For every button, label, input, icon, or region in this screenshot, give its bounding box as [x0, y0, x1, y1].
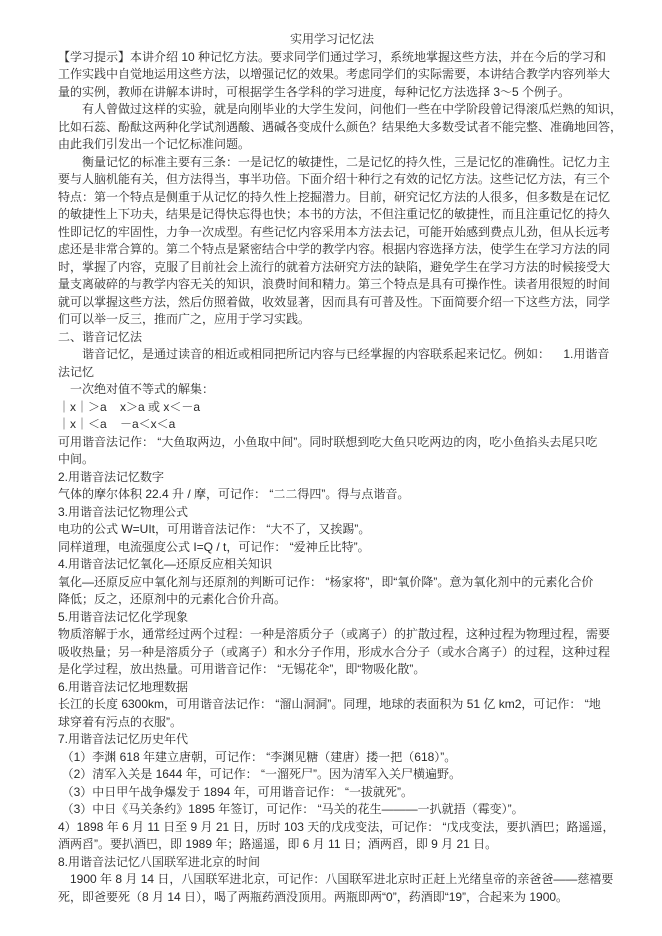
text-line: ｜x｜＜a －a＜x＜a: [58, 416, 606, 434]
document-page: 实用学习记忆法 【学习提示】本讲介绍 10 种记忆方法。要求同学们通过学习，系统…: [0, 0, 662, 936]
text-line: 二、谐音记忆法: [58, 329, 606, 347]
text-line: 物质溶解于水，通常经过两个过程：一种是溶质分子（或离子）的扩散过程，这种过程为物…: [58, 626, 606, 644]
text-line: （3）中日《马关条约》1895 年签订，可记作： “马关的花生———一扒就捂（霉…: [58, 801, 606, 819]
text-line: 可用谐音法记作： “大鱼取两边，小鱼取中间”。同时联想到吃大鱼只吃两边的肉，吃小…: [58, 434, 606, 452]
text-line: 时，掌握了内容，克服了目前社会上流行的就着方法研究方法的缺陷，避免学生在学习方法…: [58, 259, 606, 277]
text-line: 中间。: [58, 451, 606, 469]
text-line: 2.用谐音法记忆数字: [58, 469, 606, 487]
text-line: 1900 年 8 月 14 日，八国联军进北京，可记作：八国联军进北京时正赶上光…: [58, 871, 606, 889]
text-line: 7.用谐音法记忆历史年代: [58, 731, 606, 749]
text-line: 氧化—还原反应中氧化剂与还原剂的判断可记作： “杨家将”，即“氧价降”。意为氧化…: [58, 574, 606, 592]
text-line: 4.用谐音法记忆氧化—还原反应相关知识: [58, 556, 606, 574]
text-line: 气体的摩尔体积 22.4 升 / 摩，可记作： “二二得四”。得与点谐音。: [58, 486, 606, 504]
text-line: 酒两舀”。要扒酒巴，即 1989 年；路遥遥，即 6 月 11 日；酒两舀，即 …: [58, 836, 606, 854]
text-line: （1）李渊 618 年建立唐朝，可记作： “李渊见糖（建唐）搂一把（618）”。: [58, 749, 606, 767]
text-line: ｜x｜＞a x＞a 或 x＜－a: [58, 399, 606, 417]
text-line: 球穿着有污点的衣服”。: [58, 714, 606, 732]
text-line: （3）中日甲午战争爆发于 1894 年，可用谐音记作： “一拔就死”。: [58, 784, 606, 802]
text-line: 8.用谐音法记忆八国联军进北京的时间: [58, 854, 606, 872]
text-line: 有人曾做过这样的实验，就是向刚毕业的大学生发问，问他们一些在中学阶段曾记得滚瓜烂…: [58, 101, 606, 119]
document-body: 实用学习记忆法 【学习提示】本讲介绍 10 种记忆方法。要求同学们通过学习，系统…: [58, 31, 606, 906]
text-line: 由此我们引发出一个记忆标准问题。: [58, 136, 606, 154]
text-line: 们可以举一反三，推而广之，应用于学习实践。: [58, 311, 606, 329]
text-line: 4）1898 年 6 月 11 日至 9 月 21 日，历时 103 天的戊戌变…: [58, 819, 606, 837]
text-line: 特点：第一个特点是侧重于从记忆的持久性上挖掘潜力。目前，研究记忆方法的人很多，但…: [58, 189, 606, 207]
text-line: 量的实例，教师在讲解本讲时，可根据学生各学科的学习进度，每种记忆方法选择 3～5…: [58, 84, 606, 102]
text-line: 吸收热量；另一种是溶质分子（或离子）和水分子作用，形成水合分子（或水合离子）的过…: [58, 644, 606, 662]
text-line: 要与人脑机能有关，但方法得当，事半功倍。下面介绍十种行之有效的记忆方法。这些记忆…: [58, 171, 606, 189]
text-line: 死，即爸要死（8 月 14 日），喝了两瓶药酒没顶用。两瓶即两“0”，药酒即“1…: [58, 889, 606, 907]
text-lines: 【学习提示】本讲介绍 10 种记忆方法。要求同学们通过学习，系统地掌握这些方法，…: [58, 49, 606, 907]
text-line: 一次绝对值不等式的解集：: [58, 381, 606, 399]
text-line: 长江的长度 6300km，可用谐音法记作： “溜山洞洞”。同理，地球的表面积为 …: [58, 696, 606, 714]
text-line: 性即记忆的牢固性，力争一次成型。有些记忆内容采用本方法去记，可能开始感到费点儿劲…: [58, 224, 606, 242]
text-line: 的敏捷性上下功夫，结果是记得快忘得也快；本书的方法，不但注重记忆的敏捷性，而且注…: [58, 206, 606, 224]
text-line: 5.用谐音法记忆化学现象: [58, 609, 606, 627]
text-line: （2）清军入关是 1644 年，可记作： “一溜死尸”。因为清军入关尸横遍野。: [58, 766, 606, 784]
text-line: 降低；反之，还原剂中的元素化合价升高。: [58, 591, 606, 609]
text-line: 比如石蕊、酚酞这两种化学试剂遇酸、遇碱各变成什么颜色？结果绝大多数受试者不能完整…: [58, 119, 606, 137]
text-line: 3.用谐音法记忆物理公式: [58, 504, 606, 522]
text-line: 虑还是非常合算的。第二个特点是紧密结合中学的教学内容。根据内容选择方法，使学生在…: [58, 241, 606, 259]
text-line: 量支离破碎的与教学内容无关的知识，浪费时间和精力。第三个特点是具有可操作性。读者…: [58, 276, 606, 294]
text-line: 【学习提示】本讲介绍 10 种记忆方法。要求同学们通过学习，系统地掌握这些方法，…: [58, 49, 606, 67]
text-line: 同样道理，电流强度公式 I=Q / t，可记作： “爱神丘比特”。: [58, 539, 606, 557]
text-line: 谐音记忆，是通过读音的相近或相同把所记内容与已经掌握的内容联系起来记忆。例如： …: [58, 346, 606, 364]
text-line: 工作实践中自觉地运用这些方法，以增强记忆的效果。考虑同学们的实际需要，本讲结合教…: [58, 66, 606, 84]
text-line: 是化学过程，放出热量。可用谐音记作： “无锡花伞”，即“物吸化散”。: [58, 661, 606, 679]
document-title: 实用学习记忆法: [58, 31, 606, 49]
text-line: 6.用谐音法记忆地理数据: [58, 679, 606, 697]
text-line: 就可以掌握这些方法，然后仿照着做，收效显著，因而具有可普及性。下面简要介绍一下这…: [58, 294, 606, 312]
text-line: 电功的公式 W=UIt，可用谐音法记作： “大不了，又挨踢”。: [58, 521, 606, 539]
text-line: 衡量记忆的标准主要有三条：一是记忆的敏捷性，二是记忆的持久性，三是记忆的准确性。…: [58, 154, 606, 172]
text-line: 法记忆: [58, 364, 606, 382]
